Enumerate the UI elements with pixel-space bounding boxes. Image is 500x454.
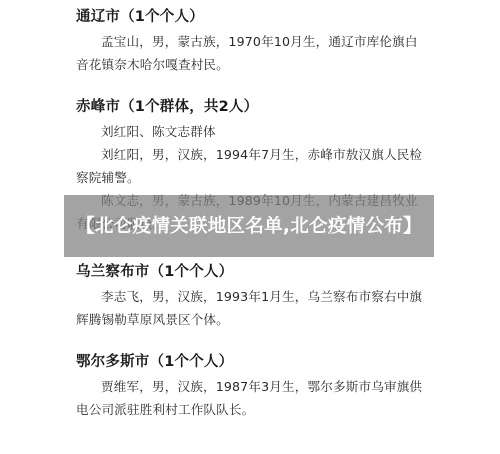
section-heading: 乌兰察布市（1个个人）	[76, 263, 428, 281]
section-paragraph: 刘红阳、陈文志群体	[76, 120, 428, 143]
title-overlay-banner: 【北仑疫情关联地区名单,北仑疫情公布】	[64, 195, 434, 257]
overlay-title: 【北仑疫情关联地区名单,北仑疫情公布】	[74, 214, 424, 239]
section-ulanqab: 乌兰察布市（1个个人） 李志飞，男，汉族，1993年1月生，乌兰察布市察右中旗辉…	[76, 263, 428, 331]
section-tongliao: 通辽市（1个个人） 孟宝山，男，蒙古族，1970年10月生，通辽市库伦旗白音花镇…	[76, 8, 428, 76]
section-ordos: 鄂尔多斯市（1个个人） 贾维军，男，汉族，1987年3月生，鄂尔多斯市乌审旗供电…	[76, 353, 428, 421]
section-heading: 通辽市（1个个人）	[76, 8, 428, 26]
section-paragraph: 贾维军，男，汉族，1987年3月生，鄂尔多斯市乌审旗供电公司派驻胜利村工作队队长…	[76, 375, 428, 421]
section-heading: 赤峰市（1个群体，共2人）	[76, 98, 428, 116]
section-paragraph: 刘红阳，男，汉族，1994年7月生，赤峰市敖汉旗人民检察院辅警。	[76, 143, 428, 189]
section-paragraph: 李志飞，男，汉族，1993年1月生，乌兰察布市察右中旗辉腾锡勒草原风景区个体。	[76, 285, 428, 331]
section-heading: 鄂尔多斯市（1个个人）	[76, 353, 428, 371]
section-paragraph: 孟宝山，男，蒙古族，1970年10月生，通辽市库伦旗白音花镇奈木哈尔嘎查村民。	[76, 30, 428, 76]
